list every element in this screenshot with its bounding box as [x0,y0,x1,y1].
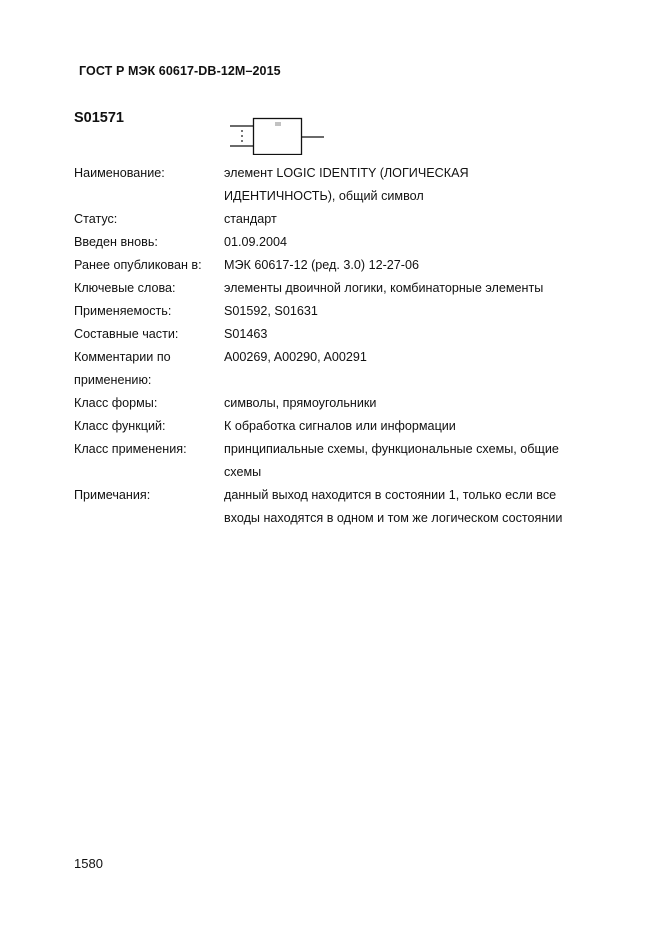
field-applicability: Применяемость: S01592, S01631 [74,300,614,323]
field-label: Класс формы: [74,392,224,415]
field-label: Ранее опубликован в: [74,254,224,277]
field-introduced: Введен вновь: 01.09.2004 [74,231,614,254]
field-value: S01463 [224,323,614,346]
field-shape-class: Класс формы: символы, прямоугольники [74,392,614,415]
value-line: элемент LOGIC IDENTITY (ЛОГИЧЕСКАЯ [224,162,614,185]
label-line: применению: [74,369,224,392]
field-name: Наименование: элемент LOGIC IDENTITY (ЛО… [74,162,614,208]
field-status: Статус: стандарт [74,208,614,231]
field-label: Наименование: [74,162,224,208]
field-keywords: Ключевые слова: элементы двоичной логики… [74,277,614,300]
field-previously-published: Ранее опубликован в: МЭК 60617-12 (ред. … [74,254,614,277]
field-application-notes: Комментарии по применению: A00269, A0029… [74,346,614,392]
field-value: символы, прямоугольники [224,392,614,415]
field-label: Составные части: [74,323,224,346]
page-number: 1580 [74,856,103,871]
value-line: данный выход находится в состоянии 1, то… [224,484,614,507]
field-components: Составные части: S01463 [74,323,614,346]
field-value: S01592, S01631 [224,300,614,323]
field-label: Класс функций: [74,415,224,438]
standard-header: ГОСТ Р МЭК 60617-DB-12M–2015 [79,64,281,78]
symbol-code: S01571 [74,110,124,126]
field-label: Комментарии по применению: [74,346,224,392]
value-line: схемы [224,461,614,484]
logic-identity-symbol-icon [228,115,328,160]
value-line: ИДЕНТИЧНОСТЬ), общий символ [224,185,614,208]
field-label: Применяемость: [74,300,224,323]
field-value: К обработка сигналов или информации [224,415,614,438]
value-line: входы находятся в одном и том же логичес… [224,507,614,530]
field-value: МЭК 60617-12 (ред. 3.0) 12-27-06 [224,254,614,277]
field-value: данный выход находится в состоянии 1, то… [224,484,614,530]
field-label: Статус: [74,208,224,231]
field-value: элемент LOGIC IDENTITY (ЛОГИЧЕСКАЯ ИДЕНТ… [224,162,614,208]
field-function-class: Класс функций: К обработка сигналов или … [74,415,614,438]
field-label: Ключевые слова: [74,277,224,300]
field-label: Класс применения: [74,438,224,484]
field-value: 01.09.2004 [224,231,614,254]
field-remarks: Примечания: данный выход находится в сос… [74,484,614,530]
symbol-attributes: Наименование: элемент LOGIC IDENTITY (ЛО… [74,162,614,530]
field-value: принципиальные схемы, функциональные схе… [224,438,614,484]
field-application-class: Класс применения: принципиальные схемы, … [74,438,614,484]
field-label: Введен вновь: [74,231,224,254]
field-label: Примечания: [74,484,224,530]
field-value: элементы двоичной логики, комбинаторные … [224,277,614,300]
value-line: принципиальные схемы, функциональные схе… [224,438,614,461]
field-value: стандарт [224,208,614,231]
field-value: A00269, A00290, A00291 [224,346,614,392]
label-line: Комментарии по [74,346,224,369]
